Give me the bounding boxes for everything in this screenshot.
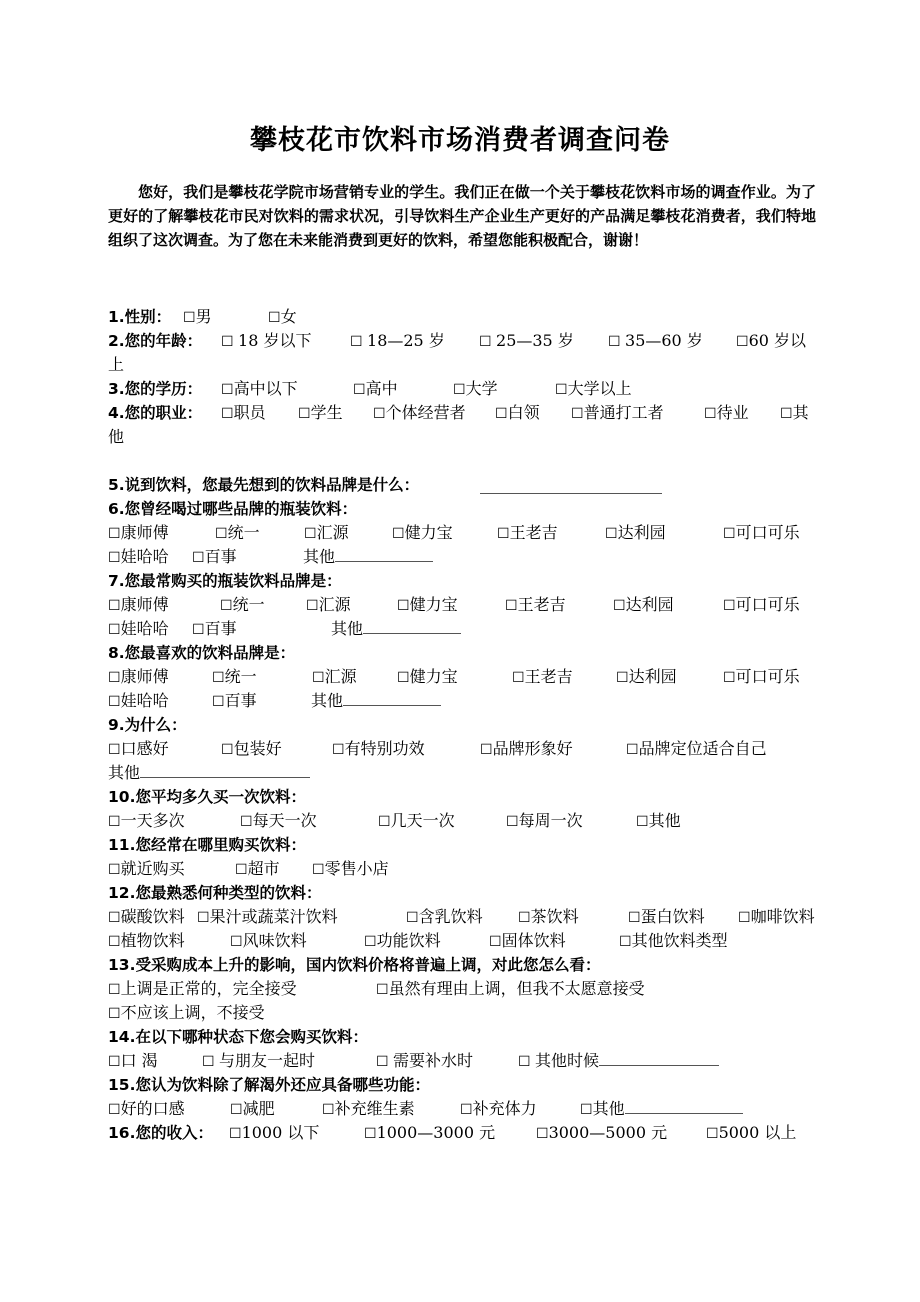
checkbox-icon[interactable]: ☐ bbox=[736, 334, 749, 350]
checkbox-icon[interactable]: ☐ bbox=[376, 982, 389, 998]
option-checkbox[interactable]: ☐百事 bbox=[212, 689, 257, 714]
option-checkbox[interactable]: ☐达利园 bbox=[616, 665, 677, 690]
option-label: 需要补水时 bbox=[393, 1051, 473, 1070]
checkbox-icon[interactable]: ☐ bbox=[453, 382, 466, 398]
option-label: 蛋白饮料 bbox=[641, 907, 705, 926]
option-label: 可口可乐 bbox=[736, 667, 800, 686]
option-checkbox[interactable]: ☐ 18—25 岁 bbox=[350, 329, 445, 354]
option-checkbox[interactable]: ☐百事 bbox=[192, 617, 237, 642]
checkbox-icon[interactable]: ☐ bbox=[212, 694, 225, 710]
checkbox-icon[interactable]: ☐ bbox=[636, 814, 649, 830]
checkbox-icon[interactable]: ☐ bbox=[322, 1102, 335, 1118]
option-label: 汇源 bbox=[317, 523, 349, 542]
option-label: 1000 以下 bbox=[242, 1123, 320, 1142]
option-checkbox[interactable]: ☐风味饮料 bbox=[230, 929, 307, 954]
option-label: 其他时候 bbox=[535, 1051, 599, 1070]
option-checkbox[interactable]: ☐一天多次 bbox=[108, 809, 185, 834]
option-label: 百事 bbox=[205, 619, 237, 638]
option-label: 学生 bbox=[311, 403, 343, 422]
checkbox-icon[interactable]: ☐ bbox=[723, 598, 736, 614]
option-label: 品牌形象好 bbox=[493, 739, 573, 758]
option-checkbox[interactable]: ☐不应该上调，不接受 bbox=[108, 1001, 265, 1026]
option-label: 减肥 bbox=[243, 1099, 275, 1118]
questionnaire: 1.性别：☐男☐女2.您的年龄：☐ 18 岁以下☐ 18—25 岁☐ 25—35… bbox=[108, 305, 818, 1145]
checkbox-icon[interactable]: ☐ bbox=[479, 334, 496, 350]
checkbox-icon[interactable]: ☐ bbox=[512, 670, 525, 686]
question-label: 13.受采购成本上升的影响，国内饮料价格将普遍上调，对此您怎么看： bbox=[108, 956, 600, 974]
checkbox-icon[interactable]: ☐ bbox=[108, 694, 121, 710]
option-label: 达利园 bbox=[629, 667, 677, 686]
option-checkbox[interactable]: ☐植物饮料 bbox=[108, 929, 185, 954]
checkbox-icon[interactable]: ☐ bbox=[221, 742, 234, 758]
option-label: 就近购买 bbox=[121, 859, 185, 878]
option-label: 3000—5000 元 bbox=[549, 1123, 668, 1142]
option-checkbox[interactable]: ☐补充体力 bbox=[460, 1097, 537, 1122]
option-label: 口感好 bbox=[121, 739, 169, 758]
checkbox-icon[interactable]: ☐ bbox=[723, 526, 736, 542]
option-checkbox[interactable]: ☐高中 bbox=[353, 377, 398, 402]
option-checkbox[interactable]: ☐统一 bbox=[212, 665, 257, 690]
checkbox-icon[interactable]: ☐ bbox=[506, 814, 519, 830]
checkbox-icon[interactable]: ☐ bbox=[332, 742, 345, 758]
checkbox-icon[interactable]: ☐ bbox=[505, 598, 518, 614]
other-field[interactable]: 其他 bbox=[331, 617, 461, 641]
checkbox-icon[interactable]: ☐ bbox=[230, 1102, 243, 1118]
option-label: 统一 bbox=[228, 523, 260, 542]
question-label: 9.为什么： bbox=[108, 716, 187, 734]
checkbox-icon[interactable]: ☐ bbox=[373, 406, 386, 422]
option-checkbox[interactable]: ☐蛋白饮料 bbox=[628, 905, 705, 930]
checkbox-icon[interactable]: ☐ bbox=[268, 310, 281, 326]
option-checkbox[interactable]: ☐汇源 bbox=[306, 593, 351, 618]
checkbox-icon[interactable]: ☐ bbox=[108, 1006, 121, 1022]
option-checkbox[interactable]: ☐女 bbox=[268, 305, 297, 330]
option-label: 植物饮料 bbox=[121, 931, 185, 950]
option-label: 王老吉 bbox=[510, 523, 558, 542]
option-label: 达利园 bbox=[618, 523, 666, 542]
option-label: 健力宝 bbox=[405, 523, 453, 542]
checkbox-icon[interactable]: ☐ bbox=[406, 910, 419, 926]
option-checkbox[interactable]: ☐口 渴 bbox=[108, 1049, 158, 1074]
option-label: 个体经营者 bbox=[386, 403, 466, 422]
checkbox-icon[interactable]: ☐ bbox=[192, 622, 205, 638]
option-checkbox[interactable]: ☐60 岁以 bbox=[736, 329, 806, 354]
checkbox-icon[interactable]: ☐ bbox=[555, 382, 568, 398]
question-label: 5.说到饮料，您最先想到的饮料品牌是什么： bbox=[108, 476, 419, 494]
checkbox-icon[interactable]: ☐ bbox=[108, 982, 121, 998]
checkbox-icon[interactable]: ☐ bbox=[580, 1102, 593, 1118]
checkbox-icon[interactable]: ☐ bbox=[221, 406, 234, 422]
option-checkbox[interactable]: ☐ 与朋友一起时 bbox=[202, 1049, 315, 1074]
option-checkbox[interactable]: ☐固体饮料 bbox=[489, 929, 566, 954]
option-checkbox[interactable]: ☐功能饮料 bbox=[364, 929, 441, 954]
option-label-wrap: 上 bbox=[108, 355, 124, 374]
checkbox-icon[interactable]: ☐ bbox=[376, 1054, 393, 1070]
option-checkbox[interactable]: ☐每天一次 bbox=[240, 809, 317, 834]
option-checkbox[interactable]: ☐男 bbox=[183, 305, 212, 330]
option-checkbox[interactable]: ☐娃哈哈 bbox=[108, 545, 169, 570]
checkbox-icon[interactable]: ☐ bbox=[397, 598, 410, 614]
option-label: 汇源 bbox=[325, 667, 357, 686]
option-label: 品牌定位适合自己 bbox=[639, 739, 767, 758]
checkbox-icon[interactable]: ☐ bbox=[480, 742, 493, 758]
checkbox-icon[interactable]: ☐ bbox=[108, 622, 121, 638]
option-checkbox[interactable]: ☐康师傅 bbox=[108, 665, 169, 690]
option-checkbox[interactable]: ☐ 25—35 岁 bbox=[479, 329, 574, 354]
option-checkbox[interactable]: ☐王老吉 bbox=[497, 521, 558, 546]
question-label: 2.您的年龄： bbox=[108, 332, 202, 350]
option-checkbox[interactable]: ☐零售小店 bbox=[312, 857, 389, 882]
option-checkbox[interactable]: ☐达利园 bbox=[605, 521, 666, 546]
checkbox-icon[interactable]: ☐ bbox=[613, 598, 626, 614]
option-label: 王老吉 bbox=[518, 595, 566, 614]
checkbox-icon[interactable]: ☐ bbox=[364, 1126, 377, 1142]
option-label: 与朋友一起时 bbox=[219, 1051, 315, 1070]
question-label: 4.您的职业： bbox=[108, 404, 202, 422]
other-label: 其他 bbox=[311, 691, 343, 710]
option-checkbox[interactable]: ☐ 其他时候 bbox=[518, 1049, 719, 1074]
option-checkbox[interactable]: ☐可口可乐 bbox=[723, 665, 800, 690]
option-checkbox[interactable]: ☐减肥 bbox=[230, 1097, 275, 1122]
checkbox-icon[interactable]: ☐ bbox=[108, 598, 121, 614]
checkbox-icon[interactable]: ☐ bbox=[197, 910, 210, 926]
option-label: 虽然有理由上调，但我不太愿意接受 bbox=[389, 979, 645, 998]
option-checkbox[interactable]: ☐含乳饮料 bbox=[406, 905, 483, 930]
option-checkbox[interactable]: ☐ 需要补水时 bbox=[376, 1049, 473, 1074]
option-label: 统一 bbox=[225, 667, 257, 686]
question-label: 15.您认为饮料除了解渴外还应具备哪些功能： bbox=[108, 1076, 430, 1094]
question-label: 11.您经常在哪里购买饮料： bbox=[108, 836, 306, 854]
option-checkbox[interactable]: ☐咖啡饮料 bbox=[738, 905, 815, 930]
option-label: 60 岁以 bbox=[749, 331, 806, 350]
option-checkbox[interactable]: ☐其他 bbox=[580, 1097, 743, 1122]
option-checkbox[interactable]: ☐大学以上 bbox=[555, 377, 632, 402]
option-checkbox[interactable]: ☐每周一次 bbox=[506, 809, 583, 834]
option-checkbox[interactable]: ☐学生 bbox=[298, 401, 343, 426]
option-checkbox[interactable]: ☐补充维生素 bbox=[322, 1097, 415, 1122]
checkbox-icon[interactable]: ☐ bbox=[497, 526, 510, 542]
checkbox-icon[interactable]: ☐ bbox=[616, 670, 629, 686]
option-checkbox[interactable]: ☐口感好 bbox=[108, 737, 169, 762]
option-label: 茶饮料 bbox=[531, 907, 579, 926]
option-checkbox[interactable]: ☐达利园 bbox=[613, 593, 674, 618]
option-checkbox[interactable]: ☐就近购买 bbox=[108, 857, 185, 882]
option-checkbox[interactable]: ☐品牌形象好 bbox=[480, 737, 573, 762]
checkbox-icon[interactable]: ☐ bbox=[212, 670, 225, 686]
question-label: 12.您最熟悉何种类型的饮料： bbox=[108, 884, 321, 902]
checkbox-icon[interactable]: ☐ bbox=[397, 670, 410, 686]
option-checkbox[interactable]: ☐普通打工者 bbox=[571, 401, 664, 426]
option-checkbox[interactable]: ☐可口可乐 bbox=[723, 521, 800, 546]
blank-input[interactable] bbox=[335, 545, 433, 562]
option-label: 可口可乐 bbox=[736, 523, 800, 542]
checkbox-icon[interactable]: ☐ bbox=[304, 526, 317, 542]
checkbox-icon[interactable]: ☐ bbox=[738, 910, 751, 926]
option-label: 不应该上调，不接受 bbox=[121, 1003, 265, 1022]
checkbox-icon[interactable]: ☐ bbox=[312, 670, 325, 686]
checkbox-icon[interactable]: ☐ bbox=[108, 814, 121, 830]
option-label: 上调是正常的，完全接受 bbox=[121, 979, 297, 998]
option-label: 其他 bbox=[593, 1099, 625, 1118]
checkbox-icon[interactable]: ☐ bbox=[364, 934, 377, 950]
option-label-wrap: 他 bbox=[108, 427, 124, 446]
option-label: 其他饮料类型 bbox=[632, 931, 728, 950]
checkbox-icon[interactable]: ☐ bbox=[626, 742, 639, 758]
option-label: 每天一次 bbox=[253, 811, 317, 830]
option-label: 汇源 bbox=[319, 595, 351, 614]
checkbox-icon[interactable]: ☐ bbox=[221, 334, 238, 350]
option-label: 百事 bbox=[205, 547, 237, 566]
checkbox-icon[interactable]: ☐ bbox=[240, 814, 253, 830]
checkbox-icon[interactable]: ☐ bbox=[221, 382, 234, 398]
checkbox-icon[interactable]: ☐ bbox=[312, 862, 325, 878]
checkbox-icon[interactable]: ☐ bbox=[619, 934, 632, 950]
option-label: 超市 bbox=[248, 859, 280, 878]
checkbox-icon[interactable]: ☐ bbox=[706, 1126, 719, 1142]
checkbox-icon[interactable]: ☐ bbox=[392, 526, 405, 542]
checkbox-icon[interactable]: ☐ bbox=[628, 910, 641, 926]
option-label: 风味饮料 bbox=[243, 931, 307, 950]
option-label: 健力宝 bbox=[410, 667, 458, 686]
option-label: 大学 bbox=[466, 379, 498, 398]
checkbox-icon[interactable]: ☐ bbox=[108, 862, 121, 878]
option-label: 包装好 bbox=[234, 739, 282, 758]
option-label: 娃哈哈 bbox=[121, 547, 169, 566]
checkbox-icon[interactable]: ☐ bbox=[306, 598, 319, 614]
checkbox-icon[interactable]: ☐ bbox=[202, 1054, 219, 1070]
checkbox-icon[interactable]: ☐ bbox=[108, 670, 121, 686]
option-label: 统一 bbox=[233, 595, 265, 614]
option-checkbox[interactable]: ☐统一 bbox=[220, 593, 265, 618]
option-label: 其他 bbox=[649, 811, 681, 830]
option-checkbox[interactable]: ☐ 35—60 岁 bbox=[608, 329, 703, 354]
option-label: 大学以上 bbox=[568, 379, 632, 398]
checkbox-icon[interactable]: ☐ bbox=[215, 526, 228, 542]
checkbox-icon[interactable]: ☐ bbox=[108, 934, 121, 950]
checkbox-icon[interactable]: ☐ bbox=[108, 526, 121, 542]
checkbox-icon[interactable]: ☐ bbox=[378, 814, 391, 830]
option-checkbox[interactable]: ☐碳酸饮料 bbox=[108, 905, 185, 930]
option-label: 男 bbox=[196, 307, 212, 326]
option-label: 口 渴 bbox=[121, 1051, 158, 1070]
option-checkbox[interactable]: ☐茶饮料 bbox=[518, 905, 579, 930]
option-label: 5000 以上 bbox=[719, 1123, 797, 1142]
option-checkbox[interactable]: ☐统一 bbox=[215, 521, 260, 546]
option-checkbox[interactable]: ☐高中以下 bbox=[221, 377, 298, 402]
checkbox-icon[interactable]: ☐ bbox=[460, 1102, 473, 1118]
option-label: 25—35 岁 bbox=[496, 331, 574, 350]
option-label: 有特别功效 bbox=[345, 739, 425, 758]
checkbox-icon[interactable]: ☐ bbox=[108, 1102, 121, 1118]
option-label: 职员 bbox=[234, 403, 266, 422]
option-label: 娃哈哈 bbox=[121, 691, 169, 710]
option-checkbox[interactable]: ☐个体经营者 bbox=[373, 401, 466, 426]
blank-input[interactable] bbox=[625, 1097, 743, 1114]
checkbox-icon[interactable]: ☐ bbox=[704, 406, 717, 422]
blank-input[interactable] bbox=[480, 477, 662, 494]
option-label: 零售小店 bbox=[325, 859, 389, 878]
option-label: 待业 bbox=[717, 403, 749, 422]
option-label: 碳酸饮料 bbox=[121, 907, 185, 926]
checkbox-icon[interactable]: ☐ bbox=[108, 550, 121, 566]
option-checkbox[interactable]: ☐待业 bbox=[704, 401, 749, 426]
option-label: 18 岁以下 bbox=[238, 331, 311, 350]
checkbox-icon[interactable]: ☐ bbox=[108, 742, 121, 758]
checkbox-icon[interactable]: ☐ bbox=[298, 406, 311, 422]
checkbox-icon[interactable]: ☐ bbox=[235, 862, 248, 878]
blank-input[interactable] bbox=[343, 689, 441, 706]
question-label: 1.性别： bbox=[108, 308, 171, 326]
option-checkbox[interactable]: ☐1000—3000 元 bbox=[364, 1121, 495, 1146]
option-checkbox[interactable]: ☐康师傅 bbox=[108, 521, 169, 546]
option-checkbox[interactable]: ☐康师傅 bbox=[108, 593, 169, 618]
document-title: 攀枝花市饮料市场消费者调查问卷 bbox=[0, 118, 920, 157]
checkbox-icon[interactable]: ☐ bbox=[518, 1054, 535, 1070]
option-label: 娃哈哈 bbox=[121, 619, 169, 638]
option-label: 高中 bbox=[366, 379, 398, 398]
blank-input[interactable] bbox=[140, 761, 310, 778]
option-label: 康师傅 bbox=[121, 595, 169, 614]
option-label: 1000—3000 元 bbox=[377, 1123, 496, 1142]
option-checkbox[interactable]: ☐健力宝 bbox=[397, 665, 458, 690]
checkbox-icon[interactable]: ☐ bbox=[605, 526, 618, 542]
option-label: 含乳饮料 bbox=[419, 907, 483, 926]
blank-input[interactable] bbox=[599, 1049, 719, 1066]
option-label: 每周一次 bbox=[519, 811, 583, 830]
option-checkbox[interactable]: ☐汇源 bbox=[304, 521, 349, 546]
checkbox-icon[interactable]: ☐ bbox=[229, 1126, 242, 1142]
option-checkbox[interactable]: ☐白领 bbox=[495, 401, 540, 426]
checkbox-icon[interactable]: ☐ bbox=[220, 598, 233, 614]
option-checkbox[interactable]: ☐好的口感 bbox=[108, 1097, 185, 1122]
option-label: 好的口感 bbox=[121, 1099, 185, 1118]
option-label: 王老吉 bbox=[525, 667, 573, 686]
option-label: 果汁或蔬菜汁饮料 bbox=[210, 907, 338, 926]
question-label: 3.您的学历： bbox=[108, 380, 202, 398]
option-checkbox[interactable]: ☐ 18 岁以下 bbox=[221, 329, 311, 354]
other-field[interactable]: 其他 bbox=[303, 545, 433, 569]
option-checkbox[interactable]: ☐1000 以下 bbox=[229, 1121, 319, 1146]
option-checkbox[interactable]: ☐王老吉 bbox=[512, 665, 573, 690]
option-checkbox[interactable]: ☐超市 bbox=[235, 857, 280, 882]
option-label: 35—60 岁 bbox=[625, 331, 703, 350]
option-checkbox[interactable]: ☐3000—5000 元 bbox=[536, 1121, 667, 1146]
option-label: 白领 bbox=[508, 403, 540, 422]
option-label: 一天多次 bbox=[121, 811, 185, 830]
option-label: 高中以下 bbox=[234, 379, 298, 398]
option-checkbox[interactable]: ☐职员 bbox=[221, 401, 266, 426]
intro-paragraph: 您好，我们是攀枝花学院市场营销专业的学生。我们正在做一个关于攀枝花饮料市场的调查… bbox=[108, 180, 816, 252]
option-checkbox[interactable]: ☐其 bbox=[780, 401, 809, 426]
option-label: 补充维生素 bbox=[335, 1099, 415, 1118]
option-label: 康师傅 bbox=[121, 667, 169, 686]
option-label: 女 bbox=[281, 307, 297, 326]
checkbox-icon[interactable]: ☐ bbox=[350, 334, 367, 350]
option-label: 康师傅 bbox=[121, 523, 169, 542]
question-label: 8.您最喜欢的饮料品牌是： bbox=[108, 644, 295, 662]
option-checkbox[interactable]: ☐品牌定位适合自己 bbox=[626, 737, 767, 762]
blank-input[interactable] bbox=[363, 617, 461, 634]
option-label: 可口可乐 bbox=[736, 595, 800, 614]
option-checkbox[interactable]: ☐果汁或蔬菜汁饮料 bbox=[197, 905, 338, 930]
option-label: 几天一次 bbox=[391, 811, 455, 830]
option-label: 百事 bbox=[225, 691, 257, 710]
checkbox-icon[interactable]: ☐ bbox=[183, 310, 196, 326]
checkbox-icon[interactable]: ☐ bbox=[489, 934, 502, 950]
option-checkbox[interactable]: ☐百事 bbox=[192, 545, 237, 570]
option-label: 固体饮料 bbox=[502, 931, 566, 950]
other-label: 其他 bbox=[303, 547, 335, 566]
checkbox-icon[interactable]: ☐ bbox=[518, 910, 531, 926]
checkbox-icon[interactable]: ☐ bbox=[536, 1126, 549, 1142]
checkbox-icon[interactable]: ☐ bbox=[108, 1054, 121, 1070]
option-checkbox[interactable]: ☐有特别功效 bbox=[332, 737, 425, 762]
other-field[interactable]: 其他 bbox=[311, 689, 441, 713]
option-checkbox[interactable]: ☐其他 bbox=[636, 809, 681, 834]
question-label: 7.您最常购买的瓶装饮料品牌是： bbox=[108, 572, 342, 590]
option-label: 功能饮料 bbox=[377, 931, 441, 950]
question-label: 16.您的收入： bbox=[108, 1124, 213, 1142]
option-checkbox[interactable]: ☐娃哈哈 bbox=[108, 617, 169, 642]
option-label: 18—25 岁 bbox=[367, 331, 445, 350]
checkbox-icon[interactable]: ☐ bbox=[108, 910, 121, 926]
other-label: 其他 bbox=[108, 763, 140, 782]
option-label: 普通打工者 bbox=[584, 403, 664, 422]
option-checkbox[interactable]: ☐汇源 bbox=[312, 665, 357, 690]
option-checkbox[interactable]: ☐大学 bbox=[453, 377, 498, 402]
option-label: 健力宝 bbox=[410, 595, 458, 614]
question-label: 6.您曾经喝过哪些品牌的瓶装饮料： bbox=[108, 500, 357, 518]
option-label: 补充体力 bbox=[473, 1099, 537, 1118]
option-checkbox[interactable]: ☐包装好 bbox=[221, 737, 282, 762]
option-checkbox[interactable]: ☐娃哈哈 bbox=[108, 689, 169, 714]
option-checkbox[interactable]: ☐健力宝 bbox=[392, 521, 453, 546]
question-label: 10.您平均多久买一次饮料： bbox=[108, 788, 306, 806]
option-checkbox[interactable]: ☐健力宝 bbox=[397, 593, 458, 618]
option-label: 咖啡饮料 bbox=[751, 907, 815, 926]
checkbox-icon[interactable]: ☐ bbox=[192, 550, 205, 566]
option-checkbox[interactable]: ☐上调是正常的，完全接受 bbox=[108, 977, 297, 1002]
question-label: 14.在以下哪种状态下您会购买饮料： bbox=[108, 1028, 368, 1046]
option-checkbox[interactable]: ☐可口可乐 bbox=[723, 593, 800, 618]
option-checkbox[interactable]: ☐其他饮料类型 bbox=[619, 929, 728, 954]
checkbox-icon[interactable]: ☐ bbox=[230, 934, 243, 950]
checkbox-icon[interactable]: ☐ bbox=[608, 334, 625, 350]
other-label: 其他 bbox=[331, 619, 363, 638]
checkbox-icon[interactable]: ☐ bbox=[780, 406, 793, 422]
checkbox-icon[interactable]: ☐ bbox=[723, 670, 736, 686]
option-checkbox[interactable]: ☐几天一次 bbox=[378, 809, 455, 834]
checkbox-icon[interactable]: ☐ bbox=[571, 406, 584, 422]
option-checkbox[interactable]: ☐虽然有理由上调，但我不太愿意接受 bbox=[376, 977, 645, 1002]
option-checkbox[interactable]: ☐5000 以上 bbox=[706, 1121, 796, 1146]
option-label: 其 bbox=[793, 403, 809, 422]
option-checkbox[interactable]: ☐王老吉 bbox=[505, 593, 566, 618]
checkbox-icon[interactable]: ☐ bbox=[495, 406, 508, 422]
option-label: 达利园 bbox=[626, 595, 674, 614]
checkbox-icon[interactable]: ☐ bbox=[353, 382, 366, 398]
other-field[interactable]: 其他 bbox=[108, 761, 310, 785]
